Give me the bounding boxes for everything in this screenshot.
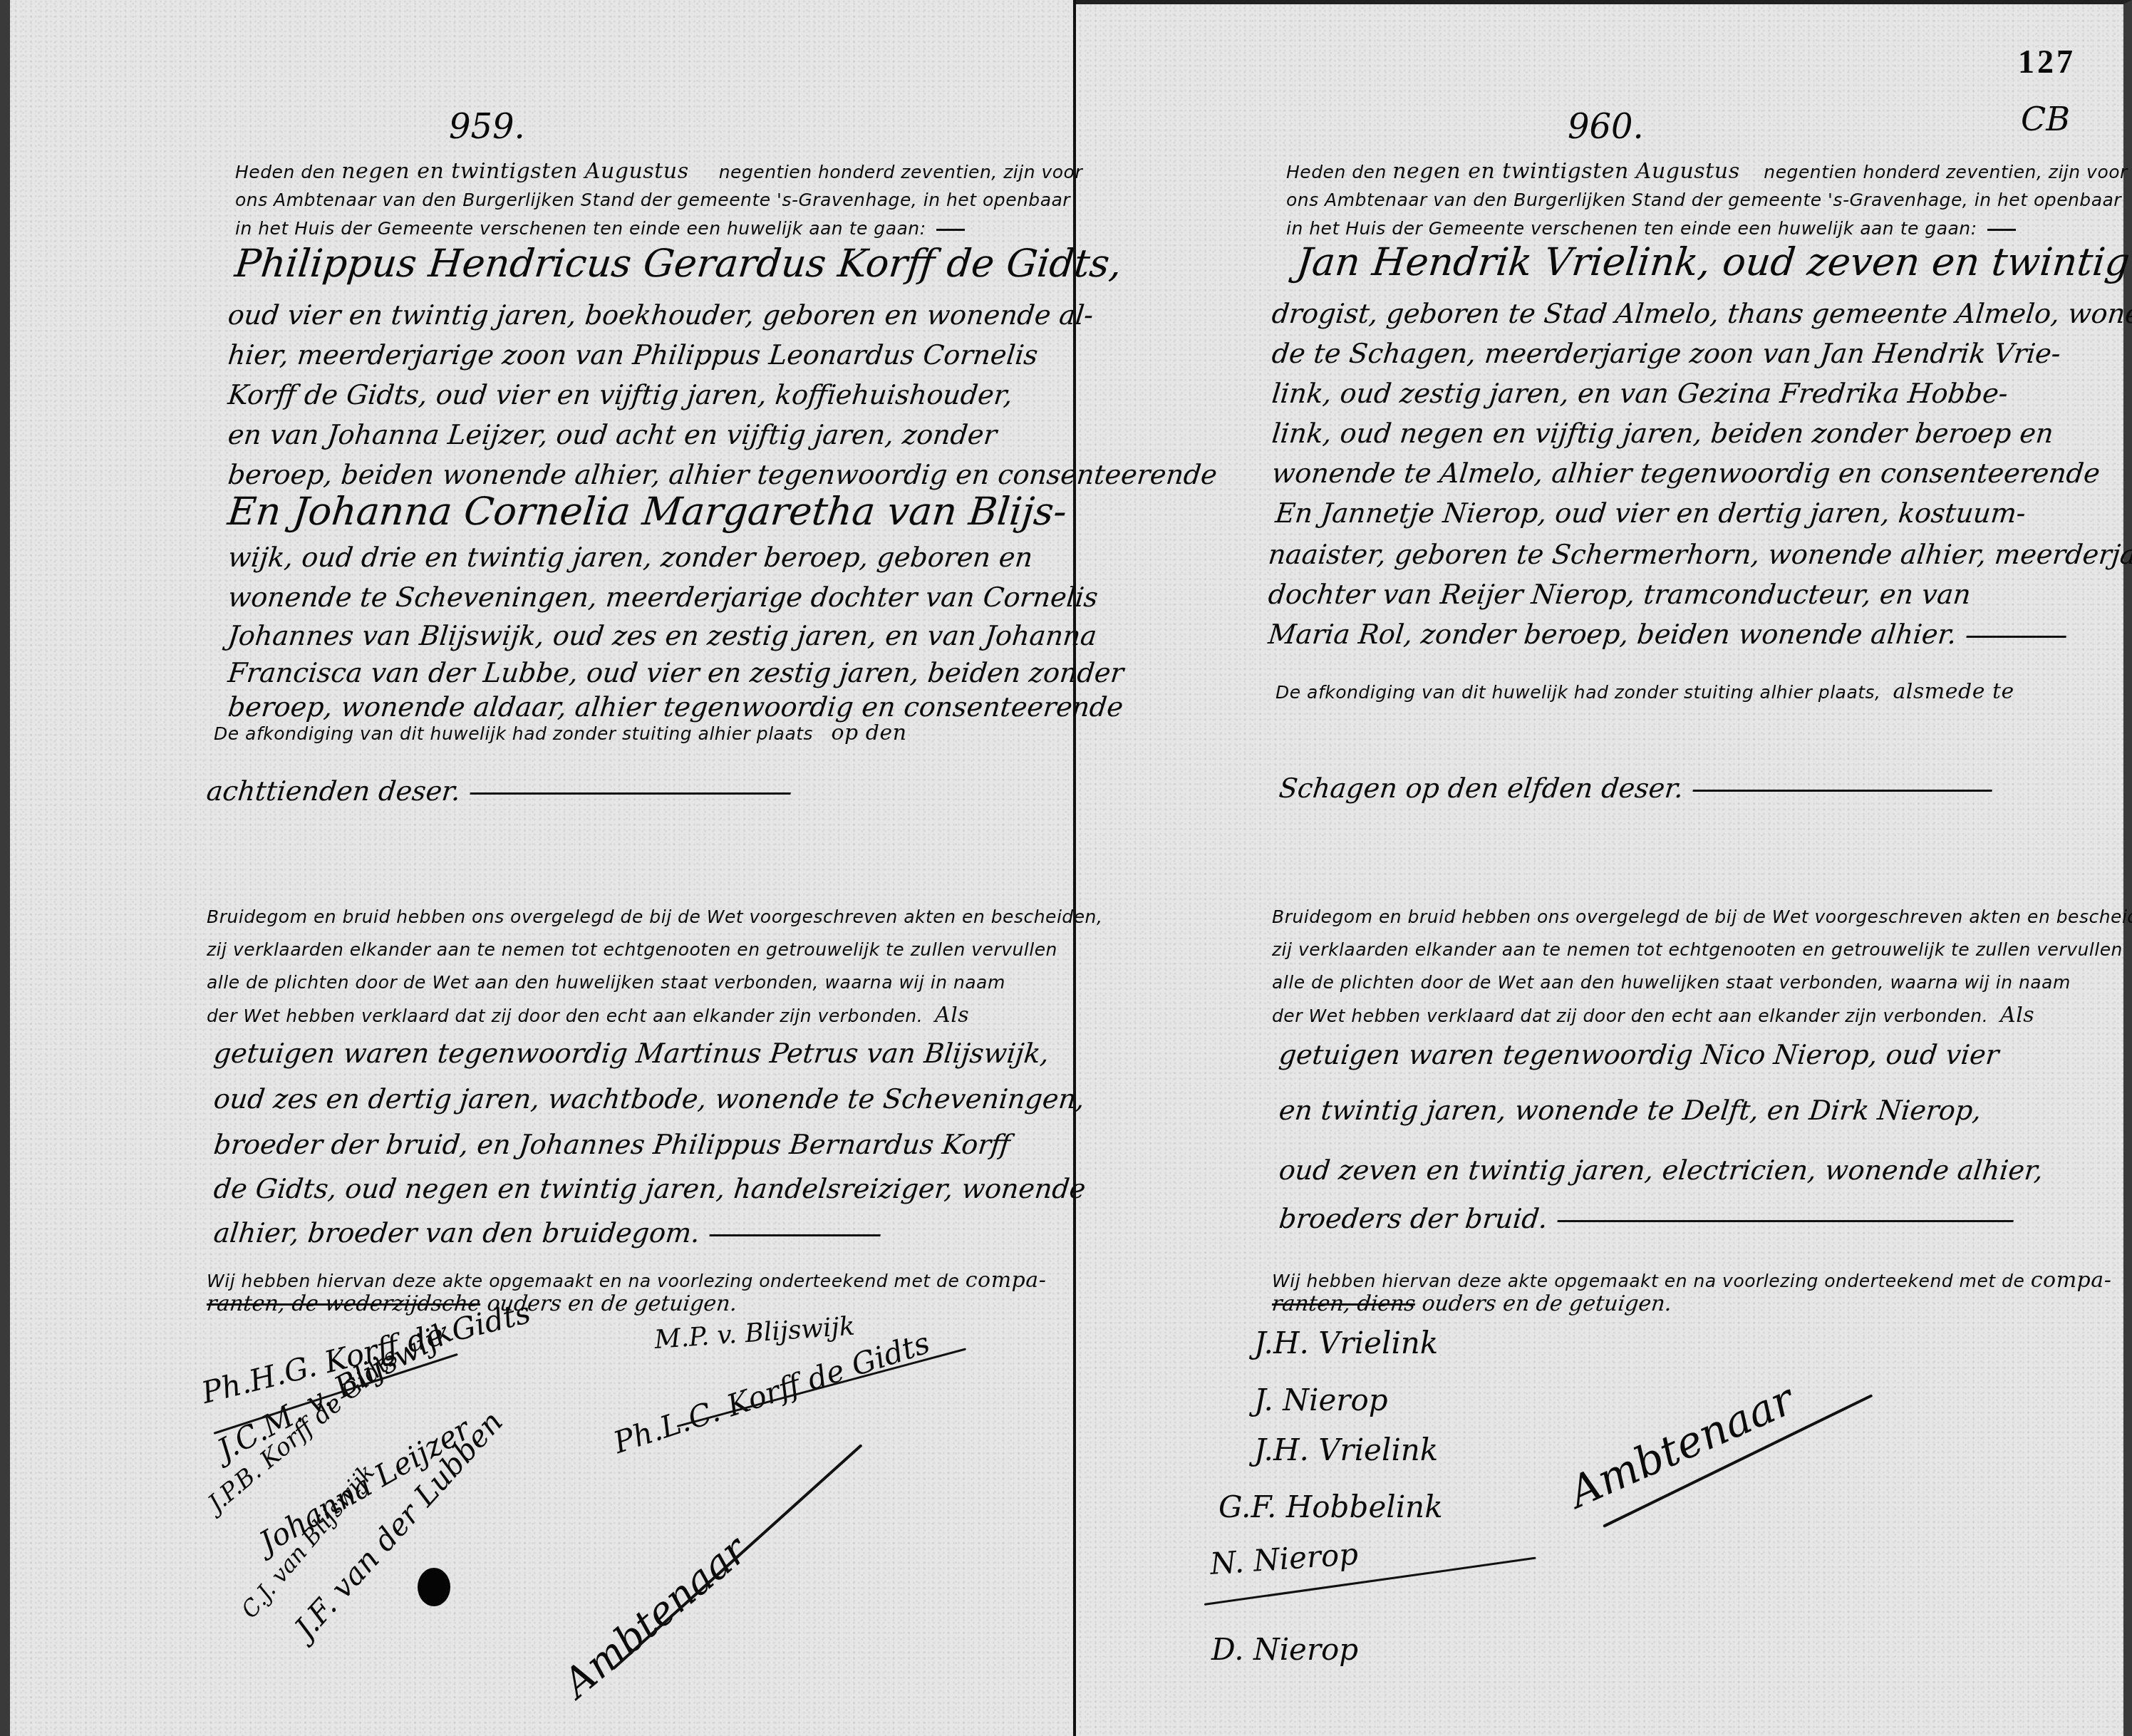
act-number: 960.: [1568, 107, 1644, 147]
dash-rule: [936, 229, 965, 231]
declaration-line: Bruidegom en bruid hebben ons overgelegd…: [207, 904, 1102, 931]
groom-name: Philippus Hendricus Gerardus Korff de Gi…: [233, 242, 1124, 285]
proclamation-handwritten: alsmede te: [1893, 679, 2014, 704]
preamble-line-3-text: in het Huis der Gemeente verschenen ten …: [1286, 218, 1977, 239]
proclamation-date-text: achttienden deser.: [205, 775, 462, 807]
witness-line: getuigen waren tegenwoordig Nico Nierop,…: [1277, 1033, 2001, 1076]
groom-line: de te Schagen, meerderjarige zoon van Ja…: [1270, 332, 2063, 375]
groom-line: hier, meerderjarige zoon van Philippus L…: [226, 334, 1040, 376]
preamble-printed-a: Heden den: [1286, 162, 1387, 182]
preamble-printed-b: negentien honderd zeventien, zijn voor: [1764, 162, 2127, 182]
preamble-printed-b: negentien honderd zeventien, zijn voor: [719, 162, 1082, 182]
declaration-line-text: der Wet hebben verklaard dat zij door de…: [207, 1006, 923, 1026]
closing-struck-text: ranten, diens: [1271, 1291, 1417, 1316]
witness-line: de Gidts, oud negen en twintig jaren, ha…: [212, 1167, 1088, 1210]
declaration-line: Bruidegom en bruid hebben ons overgelegd…: [1272, 904, 2132, 931]
witness-line: oud zes en dertig jaren, wachtbode, wone…: [212, 1078, 1087, 1120]
proclamation-line: De afkondiging van dit huwelijk had zond…: [1275, 678, 2014, 706]
preamble-line-1: Heden den negen en twintigsten Augustus …: [1286, 158, 2128, 186]
preamble-line-3: in het Huis der Gemeente verschenen ten …: [1286, 215, 2016, 242]
declaration-line: der Wet hebben verklaard dat zij door de…: [1272, 1002, 2034, 1030]
bride-name: En Jannetje Nierop, oud vier en dertig j…: [1273, 492, 2028, 534]
declaration-line: alle de plichten door de Wet aan den huw…: [207, 969, 1005, 996]
ink-blot: [418, 1568, 450, 1606]
bride-line: wonende te Scheveningen, meerderjarige d…: [226, 576, 1100, 619]
proclamation-date-text: Schagen op den elfden deser.: [1278, 773, 1685, 804]
declaration-line: alle de plichten door de Wet aan den huw…: [1272, 969, 2071, 996]
bride-line: wijk, oud drie en twintig jaren, zonder …: [226, 536, 1035, 579]
fill-rule: [470, 792, 791, 795]
witness-line-text: broeders der bruid.: [1278, 1203, 1550, 1234]
proclamation-line: De afkondiging van dit huwelijk had zond…: [214, 720, 906, 748]
preamble-line-2: ons Ambtenaar van den Burgerlijken Stand…: [235, 187, 1070, 214]
dash-rule: [1987, 229, 2016, 231]
folio-mark: CB: [2021, 100, 2070, 138]
closing-handwritten-line: ranten, diens ouders en de getuigen.: [1270, 1283, 1674, 1326]
proclamation-printed: De afkondiging van dit huwelijk had zond…: [1275, 682, 1881, 703]
preamble-line-3: in het Huis der Gemeente verschenen ten …: [235, 215, 965, 242]
fill-rule: [1557, 1220, 2013, 1222]
preamble-date-handwritten: negen en twintigsten Augustus: [1392, 159, 1739, 184]
bride-line: naaister, geboren te Schermerhorn, wonen…: [1266, 533, 2132, 576]
fill-rule: [1966, 636, 2066, 638]
declaration-line: zij verklaarden elkander aan te nemen to…: [1272, 936, 2123, 963]
groom-line: en van Johanna Leijzer, oud acht en vijf…: [226, 413, 999, 456]
act-number: 959.: [449, 107, 525, 147]
bride-line: Maria Rol, zonder beroep, beiden wonende…: [1266, 613, 2069, 656]
fill-rule: [710, 1234, 881, 1236]
groom-line: wonende te Almelo, alhier tegenwoordig e…: [1270, 452, 2102, 495]
proclamation-printed: De afkondiging van dit huwelijk had zond…: [214, 723, 813, 744]
preamble-line-1: Heden den negen en twintigsten Augustus …: [235, 158, 1082, 186]
closing-handwritten: compa-: [966, 1268, 1047, 1293]
groom-line: oud vier en twintig jaren, boekhouder, g…: [226, 294, 1096, 336]
groom-line: link, oud zestig jaren, en van Gezina Fr…: [1270, 372, 2010, 415]
signature: J. Nierop: [1254, 1383, 1388, 1417]
signature: D. Nierop: [1211, 1632, 1358, 1667]
groom-line: link, oud negen en vijftig jaren, beiden…: [1270, 412, 2056, 455]
closing-struck-text: ranten, de wederzijdsche: [205, 1291, 482, 1316]
witness-line: oud zeven en twintig jaren, electricien,…: [1277, 1149, 2045, 1192]
folio-number: 127: [2018, 43, 2076, 81]
proclamation-date: Schagen op den elfden deser.: [1277, 767, 1995, 810]
declaration-line: zij verklaarden elkander aan te nemen to…: [207, 936, 1057, 963]
witness-line: getuigen waren tegenwoordig Martinus Pet…: [212, 1032, 1051, 1075]
witness-line: broeder der bruid, en Johannes Philippus…: [212, 1123, 1013, 1166]
closing-handwritten: compa-: [2031, 1268, 2112, 1293]
preamble-printed-a: Heden den: [235, 162, 336, 182]
groom-line: Korff de Gidts, oud vier en vijftig jare…: [226, 373, 1015, 416]
fill-rule: [1693, 790, 1992, 792]
signature: J.H. Vrielink: [1254, 1432, 1438, 1467]
bride-name: En Johanna Cornelia Margaretha van Blijs…: [226, 490, 1069, 533]
proclamation-handwritten: op den: [831, 720, 906, 745]
declaration-handwritten-tail: Als: [935, 1003, 969, 1028]
proclamation-date: achttienden deser.: [205, 770, 794, 812]
signature: J.H. Vrielink: [1254, 1326, 1438, 1360]
declaration-line: der Wet hebben verklaard dat zij door de…: [207, 1002, 969, 1030]
witness-line-text: alhier, broeder van den bruidegom.: [212, 1217, 702, 1249]
preamble-line-3-text: in het Huis der Gemeente verschenen ten …: [235, 218, 926, 239]
witness-line: en twintig jaren, wonende te Delft, en D…: [1277, 1089, 1984, 1132]
witness-line: alhier, broeder van den bruidegom.: [212, 1211, 884, 1254]
declaration-line-text: der Wet hebben verklaard dat zij door de…: [1272, 1006, 1988, 1026]
bride-line-text: Maria Rol, zonder beroep, beiden wonende…: [1267, 619, 1958, 650]
groom-line: drogist, geboren te Stad Almelo, thans g…: [1270, 292, 2132, 335]
closing-rest-text: ouders en de getuigen.: [1421, 1291, 1673, 1316]
declaration-handwritten-tail: Als: [2000, 1003, 2034, 1028]
bride-line: Johannes van Blijswijk, oud zes en zesti…: [226, 614, 1099, 657]
witness-line: broeders der bruid.: [1277, 1197, 2016, 1240]
signature: G.F. Hobbelink: [1218, 1489, 1443, 1524]
bride-line: dochter van Reijer Nierop, tramconducteu…: [1266, 573, 1973, 616]
preamble-date-handwritten: negen en twintigsten Augustus: [341, 159, 688, 184]
groom-name: Jan Hendrik Vrielink, oud zeven en twint…: [1295, 241, 2132, 284]
preamble-line-2: ons Ambtenaar van den Burgerlijken Stand…: [1286, 187, 2121, 214]
